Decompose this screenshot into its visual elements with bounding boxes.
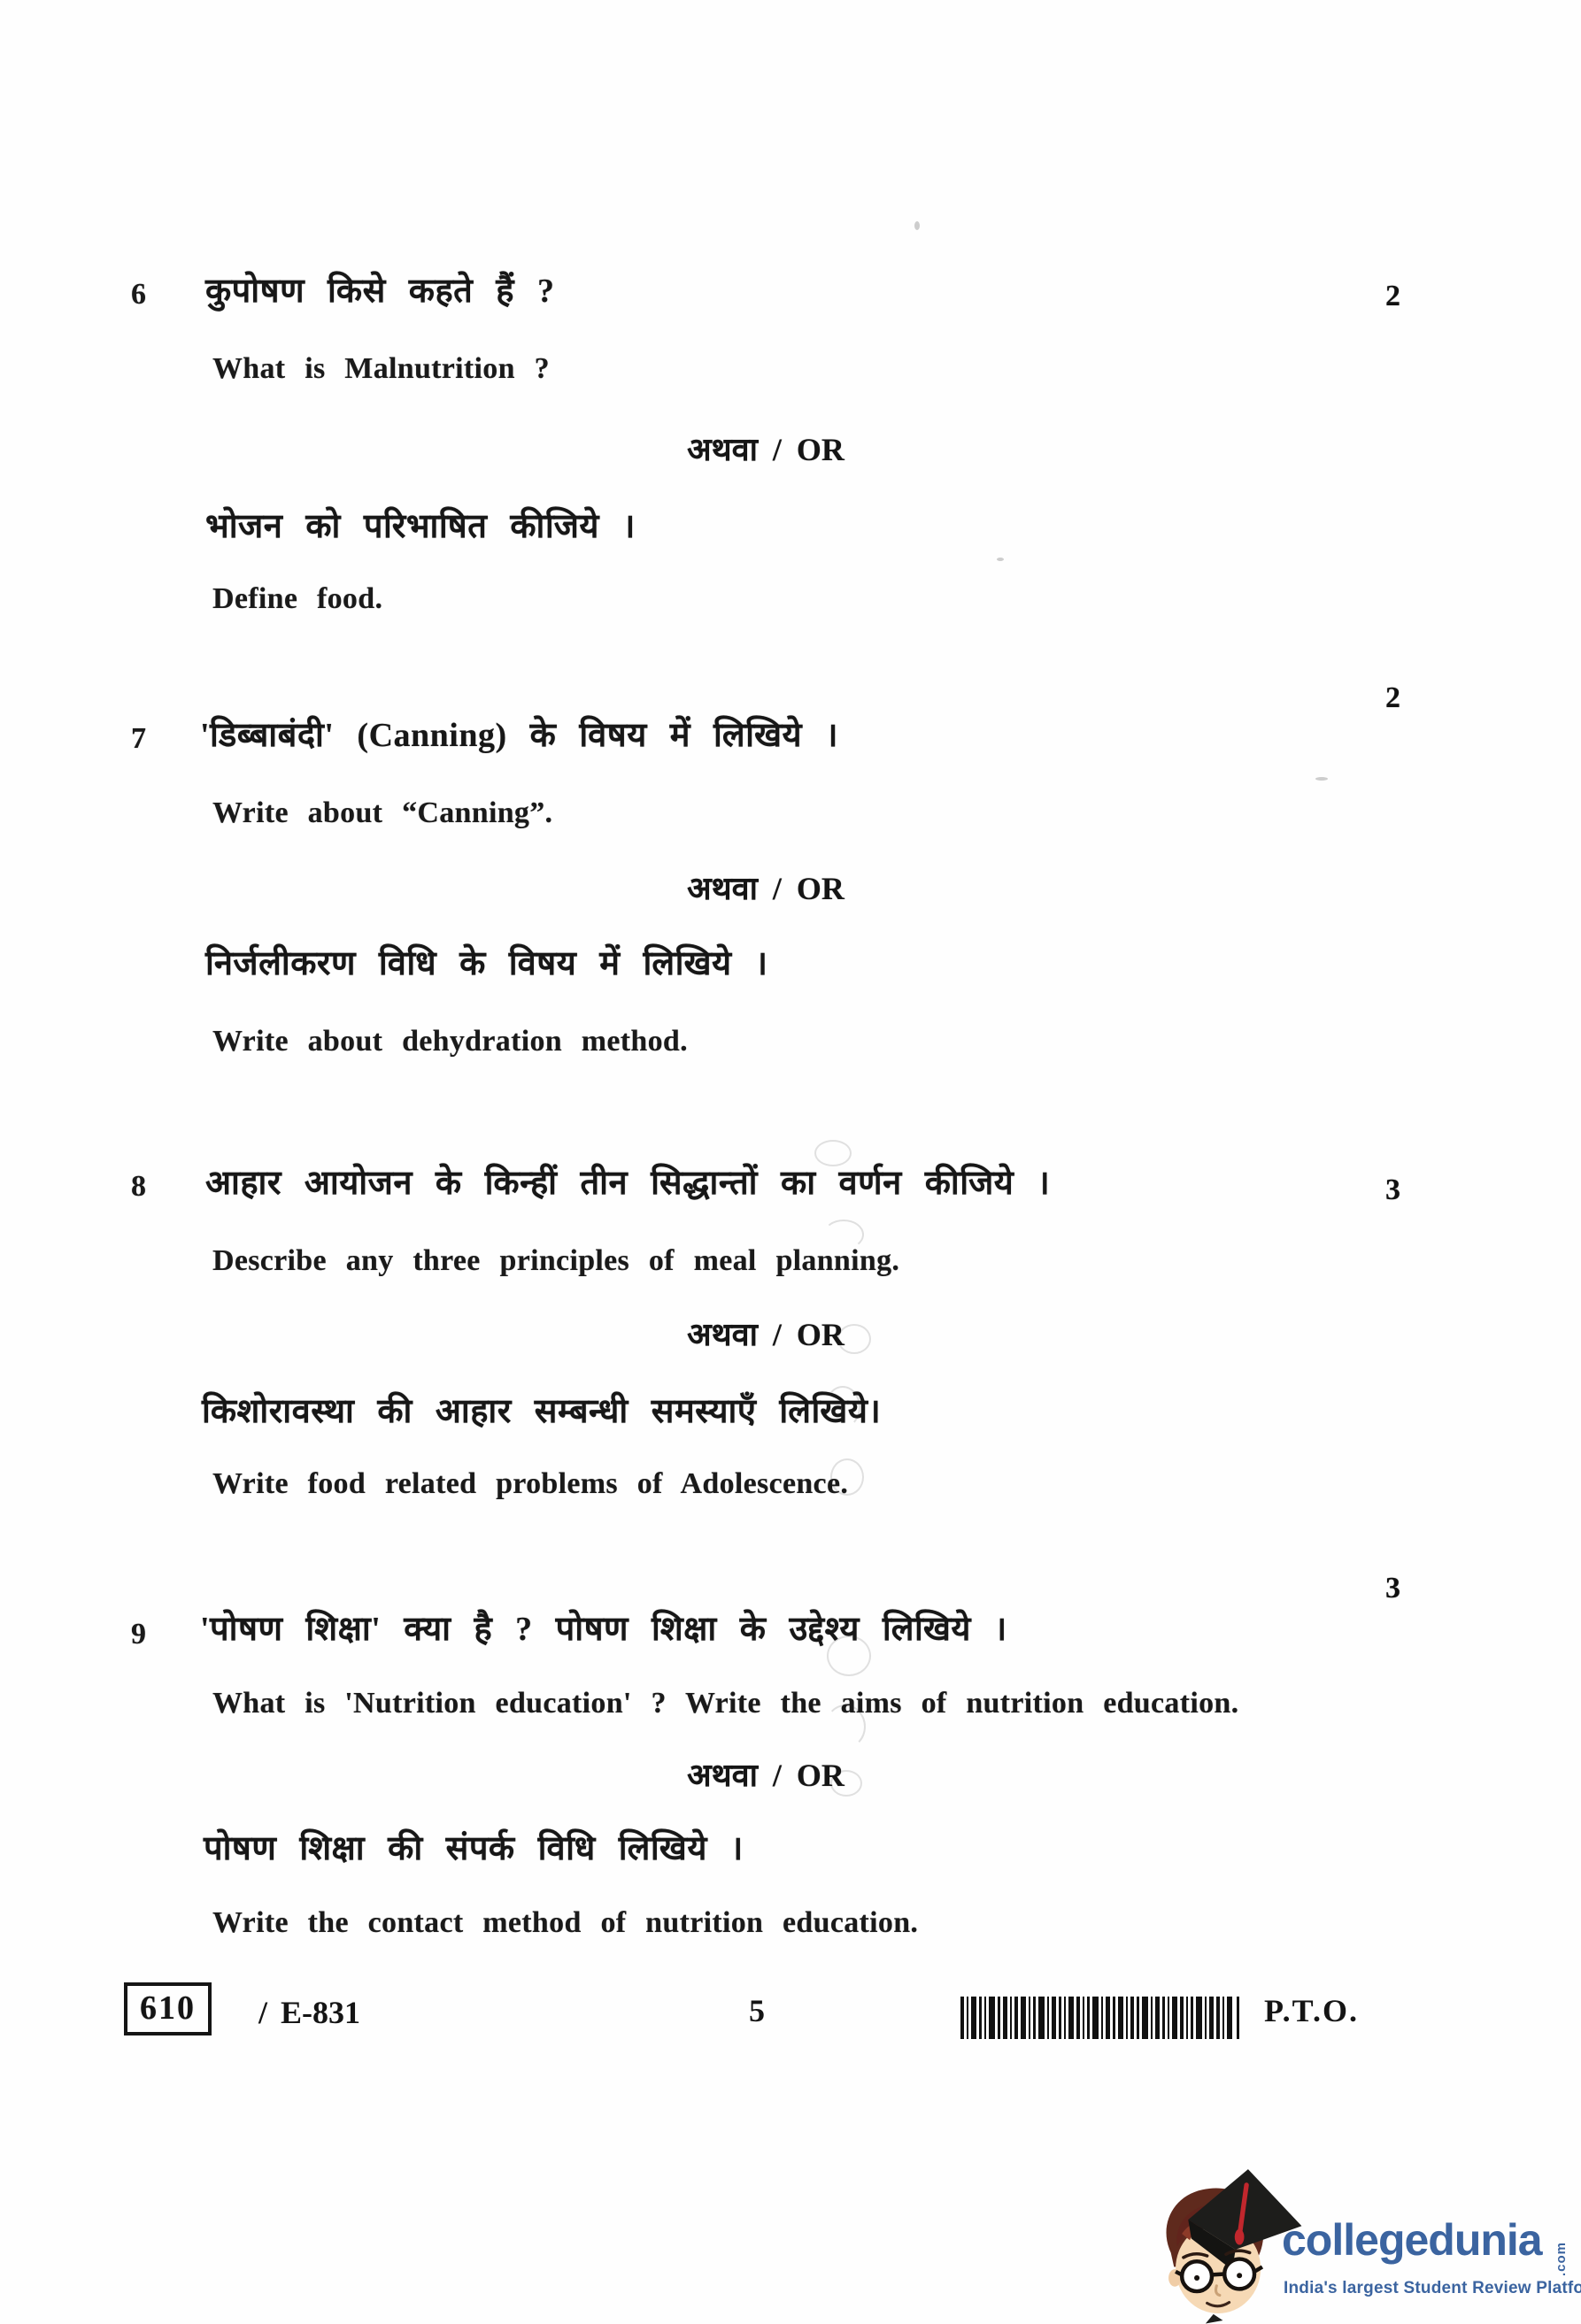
alt-question-text-english: Write about dehydration method.: [212, 1027, 688, 1057]
question-text-english: Write about “Canning”.: [212, 798, 552, 828]
alt-question-text-english: Define food.: [212, 584, 382, 614]
alt-question-text-english: Write food related problems of Adolescen…: [212, 1469, 848, 1499]
alt-question-text-hindi: निर्जलीकरण विधि के विषय में लिखिये ।: [205, 947, 767, 981]
collegedunia-logo-domain: .com: [1554, 2242, 1568, 2276]
question-number: 9: [131, 1620, 146, 1650]
page-number: 5: [749, 1995, 765, 2027]
question-marks: 3: [1385, 1574, 1400, 1604]
question-marks: 2: [1385, 683, 1400, 713]
or-divider: अथवा / OR: [687, 1759, 844, 1791]
or-divider: अथवा / OR: [687, 1319, 844, 1351]
question-marks: 2: [1385, 281, 1400, 312]
question-number: 8: [131, 1172, 146, 1202]
question-text-hindi: 'डिब्बाबंदी' (Canning) के विषय में लिखिय…: [200, 719, 838, 752]
question-marks: 3: [1385, 1175, 1400, 1205]
scan-artifact: [830, 1770, 862, 1797]
question-text-english: What is 'Nutrition education' ? Write th…: [212, 1689, 1238, 1719]
exam-paper-page: 6 कुपोषण किसे कहते हैं ? 2 What is Malnu…: [0, 0, 1581, 2324]
pto-label: P.T.O.: [1264, 1995, 1359, 2027]
or-divider: अथवा / OR: [687, 873, 844, 904]
paper-code: / E-831: [258, 1997, 360, 2028]
collegedunia-tagline: India's largest Student Review Platform: [1284, 2280, 1581, 2297]
question-number: 7: [131, 724, 146, 754]
question-text-hindi: आहार आयोजन के किन्हीं तीन सिद्धान्तों का…: [205, 1166, 1050, 1200]
scan-speck: [1315, 777, 1328, 781]
or-divider: अथवा / OR: [687, 434, 844, 466]
scan-speck: [997, 558, 1004, 561]
question-text-english: What is Malnutrition ?: [212, 354, 550, 384]
scan-artifact: [814, 1140, 852, 1166]
question-text-hindi: 'पोषण शिक्षा' क्या है ? पोषण शिक्षा के उ…: [200, 1612, 1007, 1646]
alt-question-text-hindi: पोषण शिक्षा की संपर्क विधि लिखिये ।: [204, 1832, 744, 1866]
alt-question-text-hindi: भोजन को परिभाषित कीजिये ।: [205, 510, 636, 543]
scan-artifact: [825, 1386, 860, 1428]
collegedunia-watermark: collegedunia .com India's largest Studen…: [1142, 2156, 1581, 2324]
scan-artifact: [837, 1324, 871, 1354]
collegedunia-logo-text: collegedunia: [1282, 2218, 1542, 2262]
question-text-english: Describe any three principles of meal pl…: [212, 1246, 899, 1276]
scan-artifact: [830, 1458, 864, 1496]
scan-artifact: [823, 1220, 864, 1250]
question-text-hindi: कुपोषण किसे कहते हैं ?: [205, 274, 554, 308]
scan-artifact: [825, 1705, 866, 1749]
question-number: 6: [131, 280, 146, 310]
scan-artifact: [827, 1635, 871, 1676]
booklet-number-box: 610: [124, 1982, 212, 2035]
scan-speck: [914, 221, 920, 230]
alt-question-text-english: Write the contact method of nutrition ed…: [212, 1908, 918, 1938]
barcode: [960, 1997, 1242, 2039]
alt-question-text-hindi: किशोरावस्था की आहार सम्बन्धी समस्याएँ लि…: [202, 1395, 881, 1428]
